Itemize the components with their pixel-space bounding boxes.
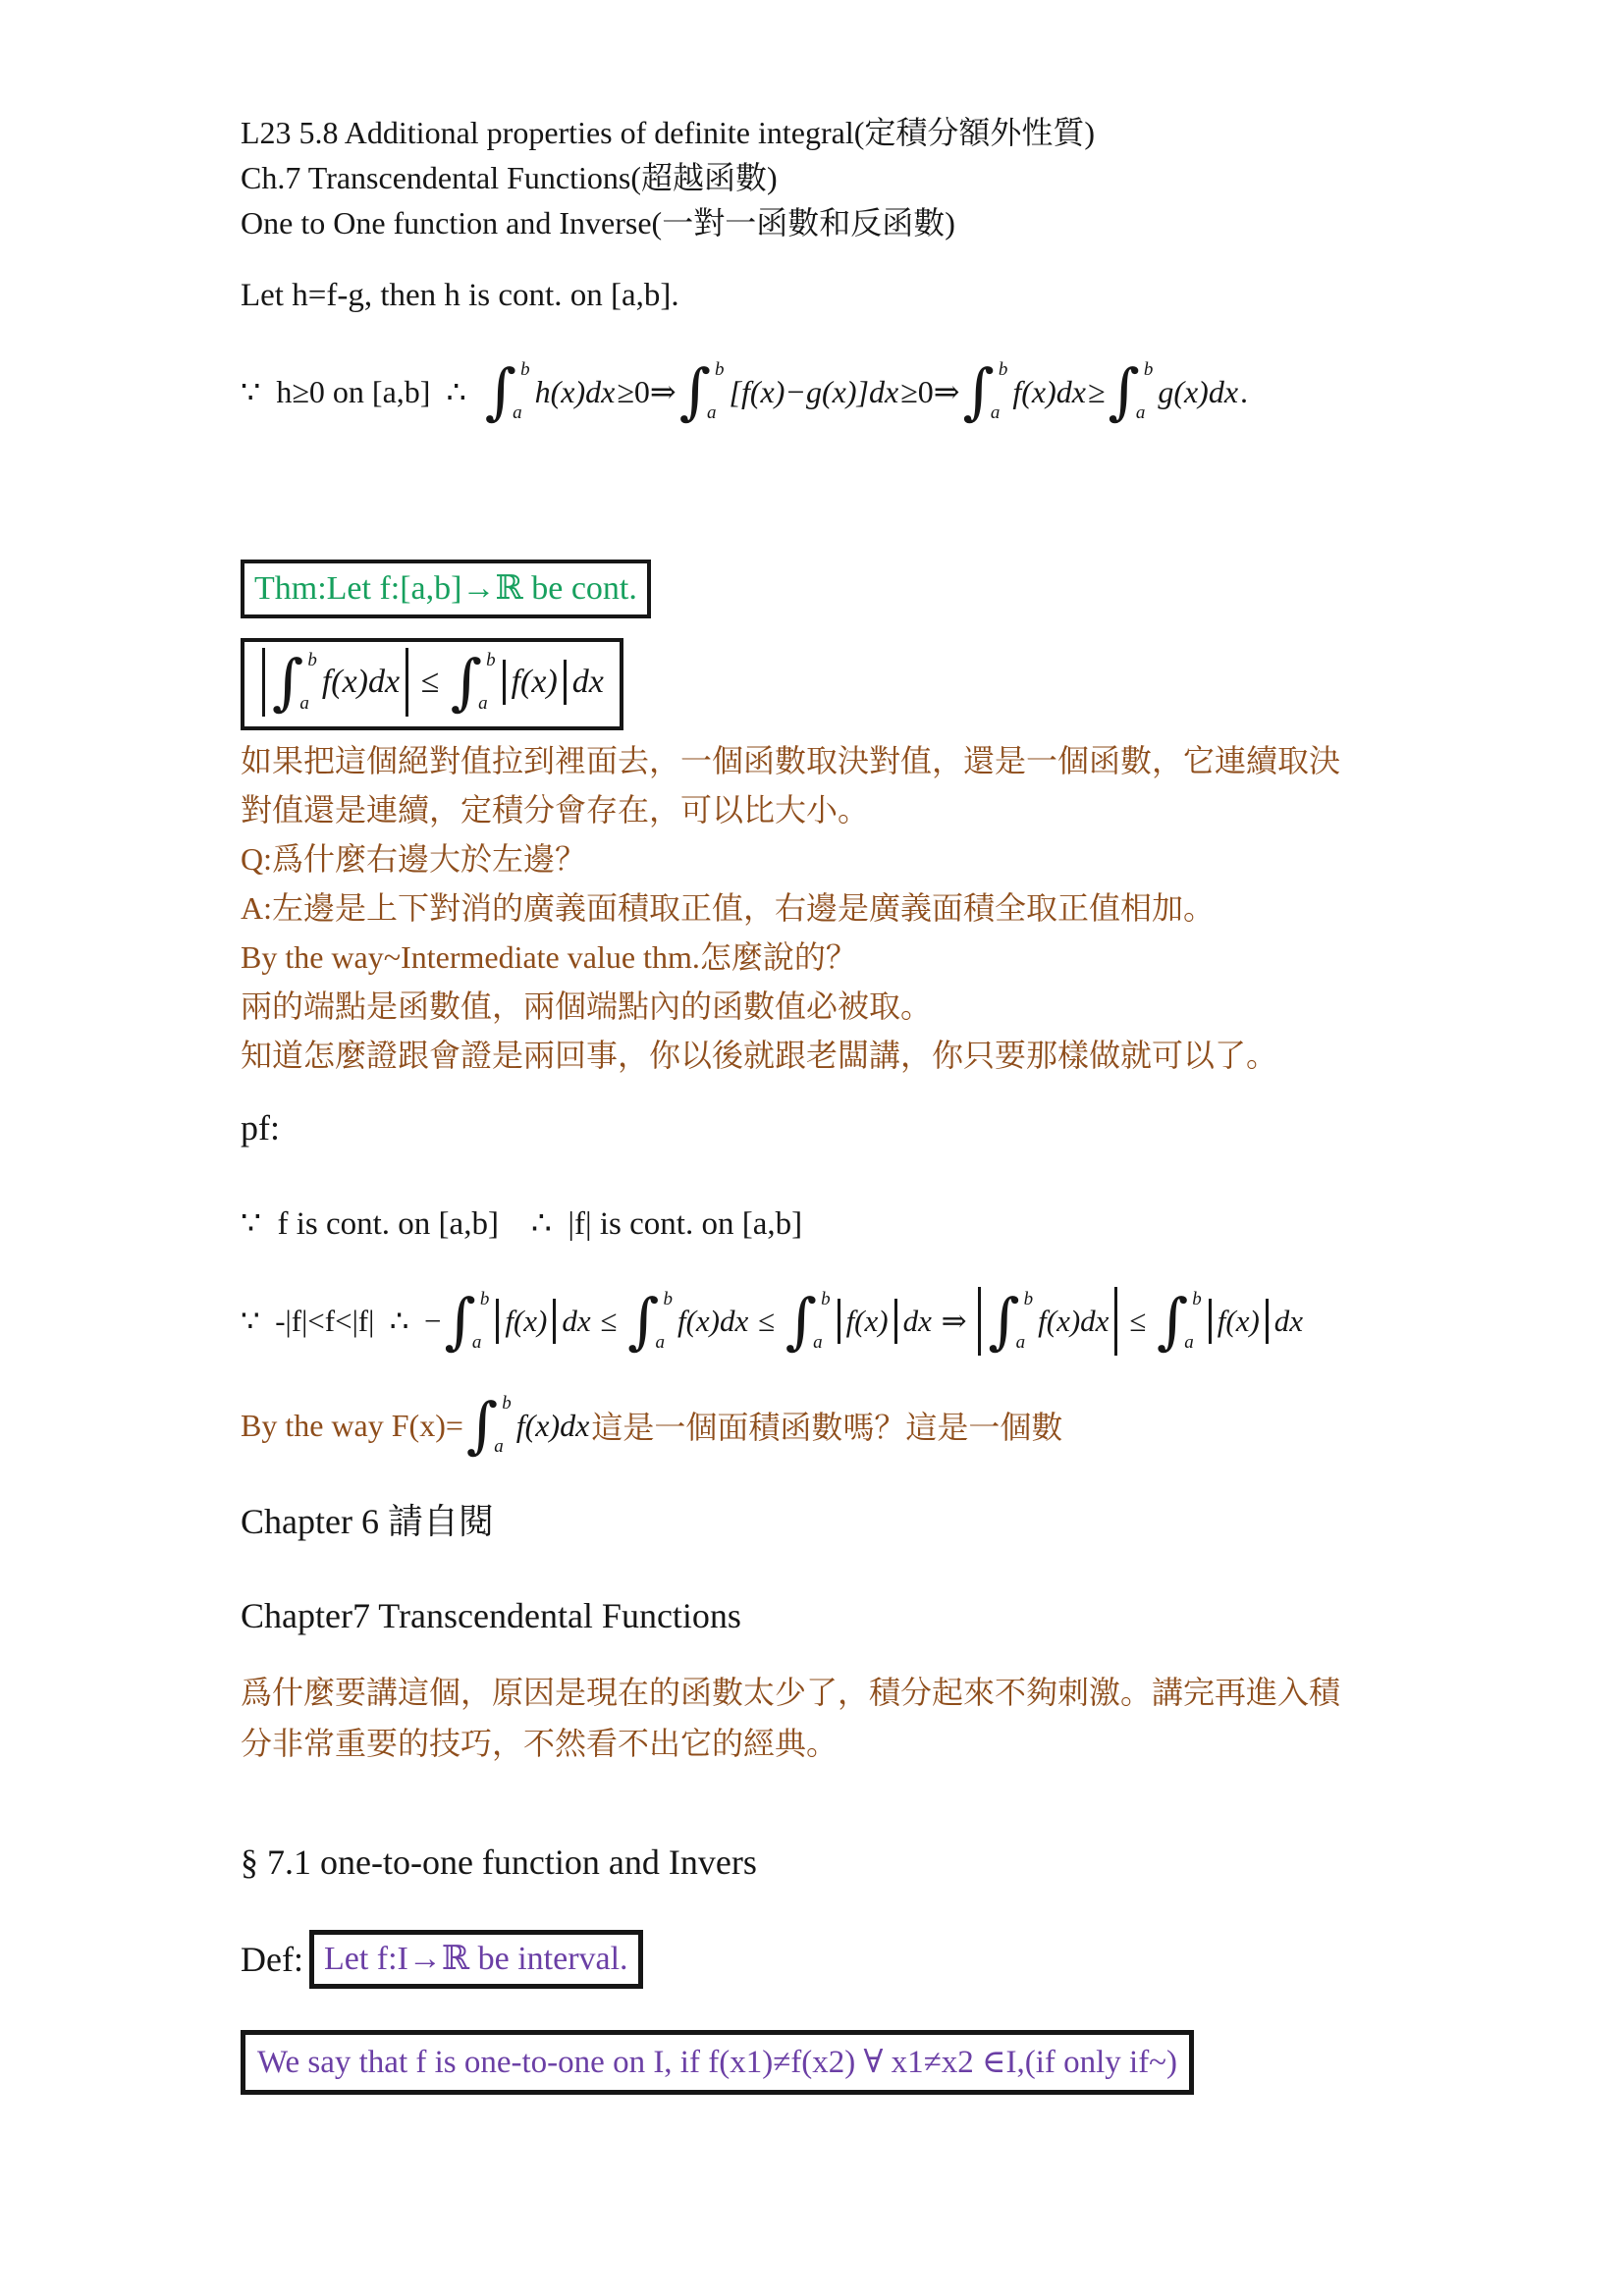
- header-line-3: One to One function and Inverse(一對一函數和反函…: [241, 200, 1095, 245]
- note-line: 知道怎麼證跟會證是兩回事，你以後就跟老闆講，你只要那樣做就可以了。: [241, 1031, 1340, 1080]
- note-line: 對值還是連續，定積分會存在，可以比大小。: [241, 785, 1340, 834]
- definition-row: Def: Let f:I→ℝ be interval.: [241, 1930, 643, 1989]
- abs-value-bar: [1266, 1299, 1269, 1344]
- header-line-1: L23 5.8 Additional properties of definit…: [241, 110, 1095, 155]
- integral-sign: ∫ba: [785, 1287, 831, 1356]
- lecture-header: L23 5.8 Additional properties of definit…: [241, 110, 1095, 245]
- integral-sign: ∫ba: [1109, 357, 1154, 426]
- document-page: L23 5.8 Additional properties of definit…: [0, 0, 1624, 2296]
- note-line-question: Q:爲什麼右邊大於左邊？: [241, 834, 1340, 883]
- lecture-notes-block-2: 爲什麼要講這個，原因是現在的函數太少了，積分起來不夠刺激。講完再進入積 分非常重…: [241, 1667, 1340, 1769]
- integral-sign: ∫ba: [272, 648, 317, 717]
- abs-value-bar: [406, 648, 408, 717]
- note-line: 分非常重要的技巧，不然看不出它的經典。: [241, 1718, 1340, 1769]
- absolute-value-inequality-box: ∫baf(x)dx ≤ ∫baf(x)dx: [241, 638, 623, 730]
- integral-sign: ∫ba: [445, 1287, 490, 1356]
- intro-statement: Let h=f-g, then h is cont. on [a,b].: [241, 278, 679, 314]
- integral-sign: ∫ba: [451, 648, 496, 717]
- definition-label: Def:: [241, 1939, 303, 1980]
- abs-value-bar: [1114, 1287, 1117, 1356]
- abs-value-bar: [503, 660, 506, 705]
- integral-sign: ∫ba: [627, 1287, 673, 1356]
- lecture-notes-block-1: 如果把這個絕對值拉到裡面去，一個函數取決對值，還是一個函數，它連續取決 對值還是…: [241, 736, 1340, 1080]
- chapter7-heading: Chapter7 Transcendental Functions: [241, 1595, 741, 1636]
- integral-sign: ∫ba: [485, 357, 530, 426]
- integral-sign: ∫ba: [988, 1287, 1033, 1356]
- abs-value-bar: [978, 1287, 981, 1356]
- abs-value-bar: [496, 1299, 499, 1344]
- integral-sign: ∫ba: [963, 357, 1008, 426]
- note-line: 爲什麼要講這個，原因是現在的函數太少了，積分起來不夠刺激。講完再進入積: [241, 1667, 1340, 1718]
- area-function-remark: By the way F(x)=∫baf(x)dx這是一個面積函數嗎？這是一個數: [241, 1386, 1062, 1465]
- integral-sign: ∫ba: [679, 357, 725, 426]
- chapter6-heading: Chapter 6 請自閱: [241, 1494, 494, 1544]
- one-to-one-definition-box: We say that f is one-to-one on I, if f(x…: [241, 2030, 1194, 2095]
- abs-value-bar: [262, 648, 265, 717]
- note-line: 兩的端點是函數值，兩個端點內的函數值必被取。: [241, 982, 1340, 1031]
- abs-value-bar: [894, 1299, 897, 1344]
- abs-value-bar: [564, 660, 567, 705]
- note-line: 如果把這個絕對值拉到裡面去，一個函數取決對值，還是一個函數，它連續取決: [241, 736, 1340, 785]
- abs-value-bar: [553, 1299, 556, 1344]
- header-line-2: Ch.7 Transcendental Functions(超越函數): [241, 155, 1095, 200]
- inequality-derivation-formula: ∵ h≥0 on [a,b] ∴ ∫bah(x)dx≥0⇒∫ba[f(x)−g(…: [241, 349, 1248, 434]
- note-line-answer: A:左邊是上下對消的廣義面積取正值，右邊是廣義面積全取正值相加。: [241, 883, 1340, 933]
- abs-value-bar: [838, 1299, 840, 1344]
- continuity-statement: ∵ f is cont. on [a,b] ∴ |f| is cont. on …: [241, 1203, 802, 1243]
- abs-value-bar: [1209, 1299, 1212, 1344]
- section-7-1-heading: § 7.1 one-to-one function and Invers: [241, 1842, 757, 1883]
- theorem-box: Thm:Let f:[a,b]→ℝ be cont.: [241, 560, 651, 618]
- note-line: By the way~Intermediate value thm.怎麼說的？: [241, 933, 1340, 982]
- integral-sign: ∫ba: [1157, 1287, 1202, 1356]
- continuity-text: ∵ f is cont. on [a,b] ∴ |f| is cont. on …: [241, 1203, 802, 1243]
- integral-sign: ∫ba: [466, 1391, 512, 1460]
- proof-label: pf:: [241, 1107, 280, 1148]
- proof-inequality-formula: ∵ -|f|<f<|f| ∴ −∫baf(x)dx ≤ ∫baf(x)dx ≤ …: [241, 1279, 1305, 1363]
- definition-box: Let f:I→ℝ be interval.: [309, 1930, 643, 1989]
